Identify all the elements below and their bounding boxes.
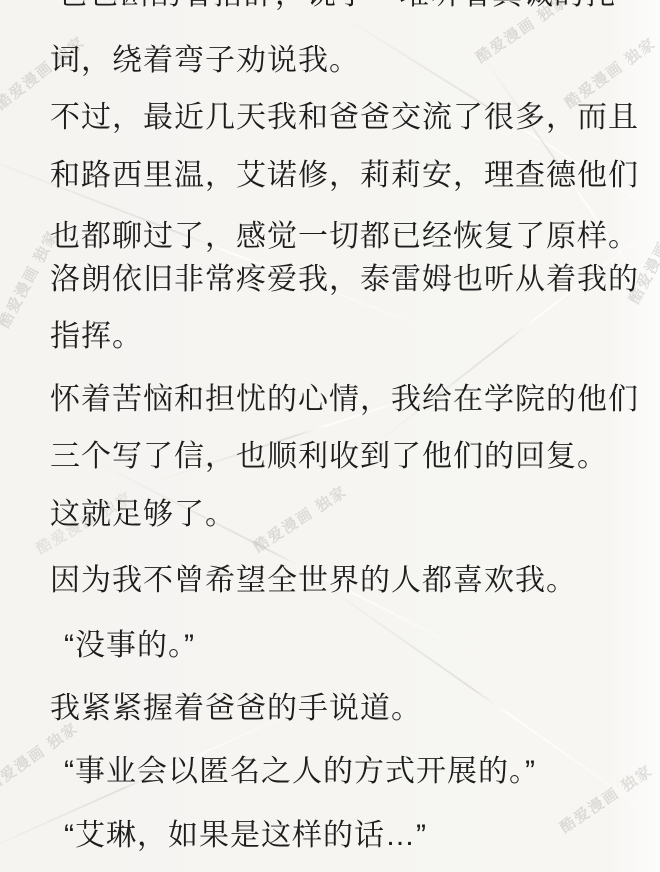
text-line: 这就足够了。 [50, 498, 236, 532]
dialogue-line: “事业会以匿名之人的方式开展的。” [64, 755, 536, 789]
text-line: 洛朗依旧非常疼爱我，泰雷姆也听从着我的 [50, 263, 639, 297]
text-line: 词，绕着弯子劝说我。 [50, 44, 360, 78]
text-line: 三个写了信，也顺利收到了他们的回复。 [50, 440, 608, 474]
text-line: 指挥。 [50, 320, 143, 354]
text-line: 也都聊过了，感觉一切都已经恢复了原样。 [50, 220, 639, 254]
dialogue-line: “没事的。” [64, 629, 195, 663]
text-line: 不过，最近几天我和爸爸交流了很多，而且 [50, 101, 639, 135]
text-line: 和路西里温，艾诺修，莉莉安，理查德他们 [50, 159, 639, 193]
dialogue-line: “艾琳，如果是这样的话…” [64, 819, 427, 853]
text-line-clipped: 爸爸斟酌着措辞，说了一堆听着真诚的托 [58, 0, 616, 12]
watermark: 酷爱漫画 独家 [555, 760, 656, 838]
novel-reader-page[interactable]: 酷爱漫画 独家 酷爱漫画 独家 酷爱漫画 独家 酷爱漫画 独家 酷爱漫画 独家 … [0, 0, 660, 872]
watermark: 酷爱漫画 独家 [249, 480, 351, 557]
text-line: 怀着苦恼和担忧的心情，我给在学院的他们 [50, 383, 639, 417]
text-line: 我紧紧握着爸爸的手说道。 [50, 692, 422, 726]
text-line: 因为我不曾希望全世界的人都喜欢我。 [50, 564, 577, 598]
